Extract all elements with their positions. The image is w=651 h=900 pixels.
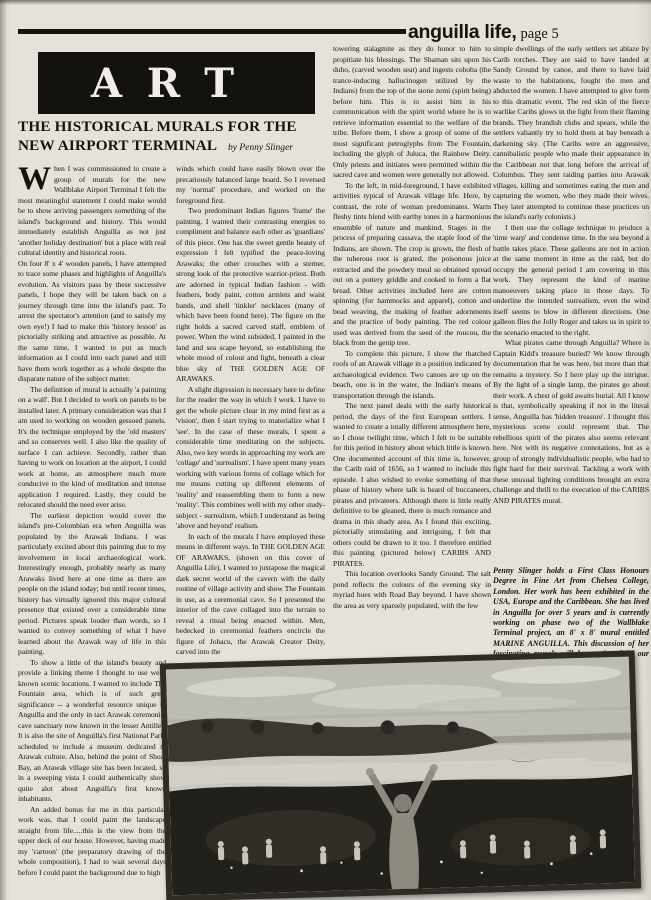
section-banner: ART (38, 52, 315, 114)
paragraph: winds which could have easily blown over… (176, 164, 325, 206)
author-caption: Penny Slinger holds a First Class Honour… (493, 566, 649, 660)
text-column-1: When I was commissioned to create a grou… (18, 164, 166, 897)
paragraph: On four 8' x 4' wooden panels, I have at… (18, 259, 166, 385)
paragraph: This location overlooks Sandy Ground. Th… (333, 569, 491, 611)
paragraph: To complete this picture, I show the tha… (333, 349, 491, 402)
paragraph: I then use the collage technique to prod… (493, 223, 649, 339)
paragraph: simple dwellings of the early settlers s… (493, 44, 649, 223)
page-number: page 5 (521, 26, 559, 42)
paragraph: The next panel deals with the early hist… (333, 401, 491, 569)
text-column-4: simple dwellings of the early settlers s… (493, 44, 649, 550)
text-column-2: winds which could have easily blown over… (176, 164, 325, 656)
paragraph: The definition of mural is actually 'a p… (18, 385, 166, 511)
paragraph: An added bonus for me in this particular… (18, 805, 166, 879)
paragraph: towering stalagmite as they do honor to … (333, 44, 491, 181)
paragraph: To the left, in mid-foreground, I have e… (333, 181, 491, 349)
article-title-line1: THE HISTORICAL MURALS FOR THE (18, 118, 297, 135)
paragraph: When I was commissioned to create a grou… (18, 164, 166, 259)
text-column-3: towering stalagmite as they do honor to … (333, 44, 491, 657)
paragraph: The earliest depiction would cover the i… (18, 511, 166, 658)
drop-cap: W (18, 164, 54, 192)
paragraph: In each of the murals I have employed th… (176, 532, 325, 657)
paragraph: A slight digression is necessary here to… (176, 385, 325, 532)
header-rule (18, 29, 406, 34)
magazine-page: anguilla life, page 5 ART THE HISTORICAL… (0, 0, 651, 900)
mural-photo (160, 650, 641, 900)
byline: by Penny Slinger (228, 143, 293, 153)
paragraph-list: On four 8' x 4' wooden panels, I have at… (18, 259, 166, 879)
article-title-line2: NEW AIRPORT TERMINAL (18, 137, 217, 154)
masthead: anguilla life, page 5 (408, 21, 559, 44)
paragraph: To show a little of the island's beauty … (18, 658, 166, 805)
paragraph: Two predominant Indian figures 'frame' t… (176, 206, 325, 385)
section-label: ART (91, 60, 259, 107)
publication-name: anguilla life, (408, 21, 517, 43)
mural-photo-image (166, 657, 635, 896)
paragraph: What pirates came through Anguilla? Wher… (493, 338, 649, 506)
